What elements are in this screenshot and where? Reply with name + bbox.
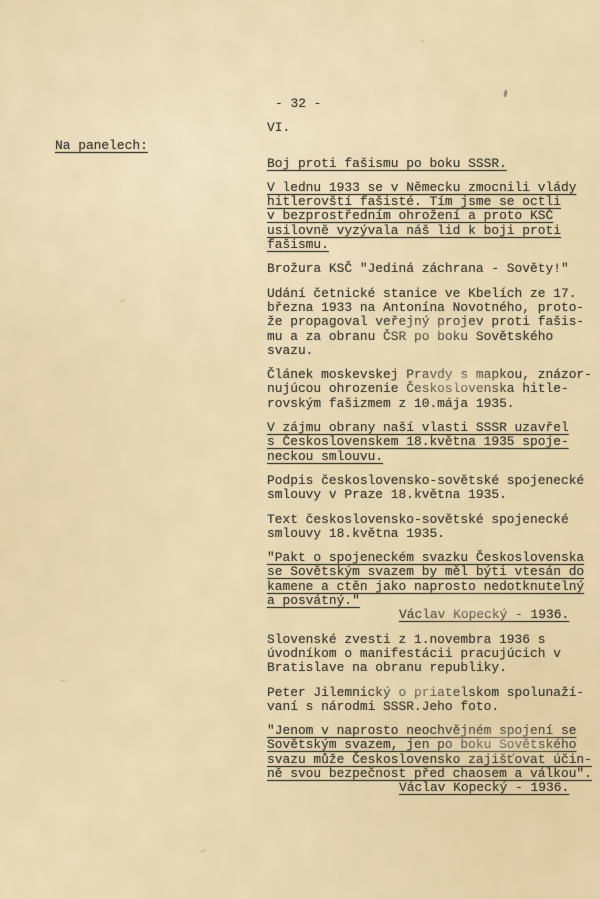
paper-fleck <box>120 299 125 303</box>
paragraph: Slovenské zvesti z 1.novembra 1936 súvod… <box>267 633 597 676</box>
text-line: smlouvy v Praze 18.května 1935. <box>267 488 597 502</box>
text-line: Udání četnické stanice ve Kbelích ze 17. <box>267 287 597 301</box>
text-line: Peter Jilemnický o priatelskom spolunaží… <box>267 686 597 700</box>
text-line: s Československem 18.května 1935 spoje- <box>267 435 597 449</box>
text-line: Bratislave na obranu republiky. <box>267 661 597 675</box>
paper-fleck <box>60 679 66 683</box>
text-line: "Jenom v naprosto neochvějném spojení se <box>267 724 597 738</box>
text-line: Sovětským svazem, jen po boku Sovětského <box>267 738 597 752</box>
attribution-line: Václav Kopecký - 1936. <box>399 608 597 622</box>
text-line: mu a za obranu ČSR po boku Sovětského <box>267 330 597 344</box>
attribution-line: Václav Kopecký - 1936. <box>399 781 597 795</box>
text-line: vaní s národmi SSSR.Jeho foto. <box>267 700 597 714</box>
text-line: a posvátný." <box>267 594 597 608</box>
text-line: smlouvy 18.května 1935. <box>267 527 597 541</box>
text-line: že propagoval veřejný projev proti fašis… <box>267 315 597 329</box>
text-column: - 32 - VI. Boj proti fašismu po boku SSS… <box>267 97 597 806</box>
paragraph: "Jenom v naprosto neochvějném spojení se… <box>267 724 597 781</box>
text-line: neckou smlouvu. <box>267 450 597 464</box>
paper-fleck <box>200 849 206 852</box>
text-line: usilovně vyzývala náš lid k boji proti <box>267 224 597 238</box>
paragraph: Podpis československo-sovětské spojeneck… <box>267 474 597 503</box>
text-line: "Pakt o spojeneckém svazku Československ… <box>267 551 597 565</box>
text-line: Václav Kopecký - 1936. <box>399 608 597 622</box>
text-line: kamene a ctěn jako naprosto nedotknuteln… <box>267 580 597 594</box>
text-line: Brožura KSČ "Jediná záchrana - Sověty!" <box>267 262 597 276</box>
text-line: svazu může Československo zajišťovat úči… <box>267 753 597 767</box>
text-line: v bezprostředním ohrožení a proto KSČ <box>267 209 597 223</box>
text-line: Boj proti fašismu po boku SSSR. <box>267 157 597 171</box>
paragraph: Brožura KSČ "Jediná záchrana - Sověty!" <box>267 262 597 276</box>
margin-note: Na panelech: <box>55 139 148 153</box>
scanned-document-page: Na panelech: - 32 - VI. Boj proti fašism… <box>0 0 600 899</box>
paragraph: Peter Jilemnický o priatelskom spolunaží… <box>267 686 597 715</box>
text-line: svazu. <box>267 344 597 358</box>
text-line: se Sovětským svazem by měl býti vtesán d… <box>267 565 597 579</box>
text-line: Slovenské zvesti z 1.novembra 1936 s <box>267 633 597 647</box>
text-line: úvodníkom o manifestácii pracujúcich v <box>267 647 597 661</box>
paragraph: V lednu 1933 se v Německu zmocnili vlády… <box>267 181 597 252</box>
text-line: Podpis československo-sovětské spojeneck… <box>267 474 597 488</box>
paragraph: Text československo-sovětské spojeneckés… <box>267 513 597 542</box>
text-line: ně svou bezpečnost před chaosem a válkou… <box>267 767 597 781</box>
paragraph: Článek moskevskej Pravdy s mapkou, znázo… <box>267 368 597 411</box>
text-line: nujúcou ohrozenie Československa hitle- <box>267 382 597 396</box>
page-number: - 32 - <box>275 97 597 111</box>
text-line: Text československo-sovětské spojenecké <box>267 513 597 527</box>
paragraph: V zájmu obrany naší vlasti SSSR uzavřels… <box>267 421 597 464</box>
text-line: Václav Kopecký - 1936. <box>399 781 597 795</box>
paragraph: Udání četnické stanice ve Kbelích ze 17.… <box>267 287 597 358</box>
paragraph: Boj proti fašismu po boku SSSR. <box>267 157 597 171</box>
paragraph-list: Boj proti fašismu po boku SSSR.V lednu 1… <box>267 157 597 796</box>
text-line: března 1933 na Antonína Novotného, proto… <box>267 301 597 315</box>
section-number: VI. <box>267 121 597 135</box>
paper-fleck <box>420 39 425 44</box>
paragraph: "Pakt o spojeneckém svazku Československ… <box>267 551 597 608</box>
text-line: fašismu. <box>267 238 597 252</box>
text-line: V lednu 1933 se v Německu zmocnili vlády <box>267 181 597 195</box>
text-line: rovským fašizmem z 10.mája 1935. <box>267 397 597 411</box>
